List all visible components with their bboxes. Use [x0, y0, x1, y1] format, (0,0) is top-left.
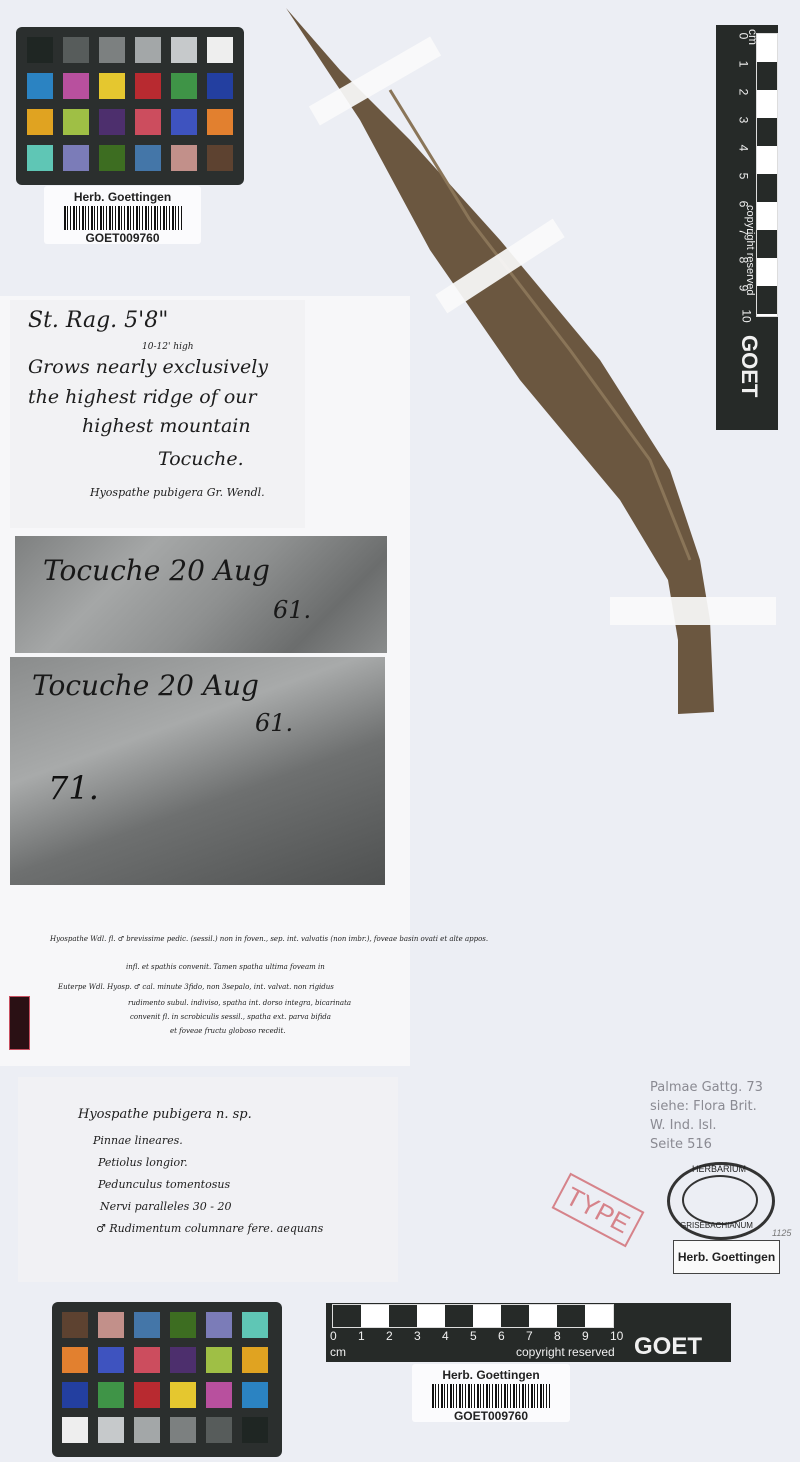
label-line: Euterpe Wdl. Hyosp. ♂ cal. minute 3fido,…	[58, 983, 334, 991]
color-swatch	[27, 145, 53, 171]
color-swatch	[171, 73, 197, 99]
color-swatch	[207, 109, 233, 135]
color-swatch	[242, 1382, 268, 1408]
ruler-tick-label: 10	[740, 309, 754, 322]
label-line: Nervi paralleles 30 - 20	[100, 1200, 231, 1213]
label-line: the highest ridge of our	[28, 386, 257, 408]
color-swatch	[63, 109, 89, 135]
annotation-line: W. Ind. Isl.	[650, 1116, 763, 1135]
barcode-icon	[432, 1384, 550, 1408]
color-swatch	[27, 73, 53, 99]
ruler-tick-label: 0	[736, 33, 750, 40]
institution-name: Herb. Goettingen	[44, 186, 201, 204]
handwritten-label-5: Hyospathe pubigera n. sp. Pinnae lineare…	[18, 1077, 398, 1282]
color-swatch	[135, 109, 161, 135]
color-swatch	[134, 1347, 160, 1373]
label-line: St. Rag. 5'8"	[28, 308, 168, 333]
color-swatch	[170, 1382, 196, 1408]
bottom-barcode-label: Herb. Goettingen GOET009760	[412, 1364, 570, 1422]
color-swatch	[206, 1347, 232, 1373]
top-barcode-label: Herb. Goettingen GOET009760	[44, 186, 201, 244]
label-line: Pinnae lineares.	[93, 1134, 183, 1147]
handwritten-label-2: Tocuche 20 Aug 61.	[15, 536, 387, 653]
color-swatch	[98, 1417, 124, 1443]
ruler-tick-label: 2	[736, 89, 750, 96]
ruler-tick-label: 1	[736, 61, 750, 68]
color-swatch	[206, 1417, 232, 1443]
label-line: Pedunculus tomentosus	[98, 1178, 230, 1191]
ruler-tick-label: 5	[736, 173, 750, 180]
label-line: 10-12' high	[142, 342, 194, 352]
ruler-tick-label: 7	[526, 1329, 533, 1343]
label-line: 71.	[48, 769, 99, 807]
color-swatch	[171, 109, 197, 135]
color-swatch	[207, 145, 233, 171]
ruler-tick-label: 5	[470, 1329, 477, 1343]
color-swatch	[170, 1347, 196, 1373]
scale-sticker	[9, 996, 30, 1050]
tape-strip	[610, 597, 776, 625]
institution-name: Herb. Goettingen	[412, 1364, 570, 1382]
top-color-checker	[16, 27, 244, 185]
color-swatch	[99, 145, 125, 171]
color-swatch	[62, 1417, 88, 1443]
color-swatch	[62, 1347, 88, 1373]
color-swatch	[242, 1312, 268, 1338]
herbarium-grisebachianum-stamp: HERBARIUM GRISEBACHIANUM	[667, 1162, 775, 1240]
label-line: Tocuche 20 Aug	[32, 669, 259, 702]
color-swatch	[135, 145, 161, 171]
color-swatch	[242, 1417, 268, 1443]
color-swatch	[98, 1382, 124, 1408]
color-swatch	[207, 73, 233, 99]
color-swatch	[27, 37, 53, 63]
ruler-bar	[756, 33, 778, 317]
color-swatch	[27, 109, 53, 135]
ruler-tick-label: 6	[498, 1329, 505, 1343]
color-swatch	[62, 1382, 88, 1408]
goet-logo: GOET	[634, 1333, 702, 1361]
color-swatch	[99, 109, 125, 135]
stamp-top-text: HERBARIUM	[692, 1164, 746, 1174]
color-swatch	[170, 1417, 196, 1443]
color-swatch	[171, 37, 197, 63]
barcode-icon	[64, 206, 182, 230]
color-swatch	[134, 1312, 160, 1338]
type-stamp: TYPE	[552, 1173, 645, 1248]
stamp-inner-ring	[682, 1175, 758, 1225]
stamp-bottom-text: GRISEBACHIANUM	[680, 1221, 753, 1230]
ruler-tick-label: 9	[582, 1329, 589, 1343]
bottom-color-checker	[52, 1302, 282, 1457]
vertical-scale-ruler: cm 012345678910 copyright reserved GOET	[716, 25, 778, 430]
ruler-tick-label: 4	[736, 145, 750, 152]
handwritten-label-4: Hyospathe Wdl. fl. ♂ brevissime pedic. (…	[10, 905, 390, 1065]
color-swatch	[171, 145, 197, 171]
label-line: infl. et spathis convenit. Tamen spatha …	[126, 963, 325, 971]
horizontal-scale-ruler: 012345678910 cm copyright reserved GOET	[326, 1303, 731, 1362]
label-line: highest mountain	[82, 415, 251, 437]
label-line: 61.	[273, 596, 311, 624]
label-line: rudimento subul. indiviso, spatha int. d…	[128, 999, 351, 1007]
label-line: Hyospathe Wdl. fl. ♂ brevissime pedic. (…	[50, 935, 488, 943]
label-line: Hyospathe pubigera Gr. Wendl.	[90, 486, 265, 499]
annotation-line: Seite 516	[650, 1135, 763, 1154]
label-line: Petiolus longior.	[98, 1156, 188, 1169]
ruler-bar	[332, 1304, 614, 1328]
color-swatch	[98, 1312, 124, 1338]
handwritten-label-3: Tocuche 20 Aug 61. 71.	[10, 657, 385, 885]
ruler-tick-label: 2	[386, 1329, 393, 1343]
pencil-annotation: Palmae Gattg. 73 siehe: Flora Brit. W. I…	[650, 1078, 763, 1154]
ruler-tick-label: 3	[414, 1329, 421, 1343]
color-swatch	[99, 37, 125, 63]
annotation-line: siehe: Flora Brit.	[650, 1097, 763, 1116]
label-line: 61.	[255, 709, 293, 737]
ruler-tick-label: 8	[554, 1329, 561, 1343]
color-swatch	[135, 37, 161, 63]
copyright-text: copyright reserved	[516, 1345, 615, 1359]
color-swatch	[99, 73, 125, 99]
color-swatch	[62, 1312, 88, 1338]
ruler-tick-label: 10	[610, 1329, 623, 1343]
color-swatch	[206, 1312, 232, 1338]
ruler-tick-label: 1	[358, 1329, 365, 1343]
color-swatch	[63, 37, 89, 63]
color-swatch	[63, 73, 89, 99]
color-swatch	[206, 1382, 232, 1408]
ruler-tick-label: 4	[442, 1329, 449, 1343]
color-swatch	[135, 73, 161, 99]
label-line: et foveae fructu globoso recedit.	[170, 1027, 286, 1035]
label-line: ♂ Rudimentum columnare fere. aequans	[96, 1222, 323, 1235]
label-line: Tocuche.	[158, 448, 244, 470]
color-swatch	[134, 1382, 160, 1408]
copyright-text: copyright reserved	[744, 205, 756, 296]
label-line: Tocuche 20 Aug	[43, 554, 270, 587]
color-swatch	[134, 1417, 160, 1443]
specimen-number: 1125	[772, 1228, 791, 1238]
goet-logo: GOET	[736, 335, 762, 397]
color-swatch	[207, 37, 233, 63]
color-swatch	[98, 1347, 124, 1373]
herb-box-text: Herb. Goettingen	[678, 1250, 775, 1264]
barcode-id: GOET009760	[44, 231, 201, 245]
ruler-tick-label: 3	[736, 117, 750, 124]
ruler-tick-label: 0	[330, 1329, 337, 1343]
herb-goettingen-box: Herb. Goettingen	[673, 1240, 780, 1274]
annotation-line: Palmae Gattg. 73	[650, 1078, 763, 1097]
type-stamp-text: TYPE	[561, 1180, 636, 1239]
handwritten-label-1: St. Rag. 5'8" 10-12' high Grows nearly e…	[10, 300, 305, 528]
label-line: convenit fl. in scrobiculis sessil., spa…	[130, 1013, 331, 1021]
color-swatch	[170, 1312, 196, 1338]
label-line: Grows nearly exclusively	[28, 356, 268, 378]
barcode-id: GOET009760	[412, 1409, 570, 1423]
color-swatch	[242, 1347, 268, 1373]
label-line: Hyospathe pubigera n. sp.	[78, 1107, 252, 1122]
ruler-unit: cm	[330, 1345, 346, 1359]
color-swatch	[63, 145, 89, 171]
